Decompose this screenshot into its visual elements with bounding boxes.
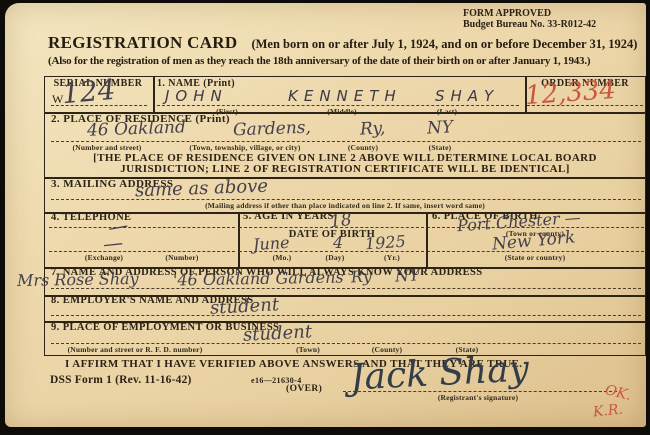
dotted-line xyxy=(427,227,644,228)
local-board-notice-line2: JURISDICTION; LINE 2 OF REGISTRATION CER… xyxy=(120,163,570,175)
dotted-line xyxy=(51,343,641,344)
dotted-line xyxy=(51,141,641,142)
title-line: REGISTRATION CARD (Men born on or after … xyxy=(48,33,637,53)
residence-county-value: Ry, xyxy=(359,118,385,139)
employment-sub-county: (County) xyxy=(372,345,402,354)
dotted-line xyxy=(51,105,147,106)
signature-caption: (Registrant's signature) xyxy=(438,393,518,402)
name-first-value: JOHN xyxy=(165,87,228,105)
age-label: 5. AGE IN YEARS xyxy=(243,211,334,222)
dob-sub-month: (Mo.) xyxy=(273,253,292,262)
page-title: REGISTRATION CARD xyxy=(48,33,237,52)
dotted-line xyxy=(49,251,235,252)
dotted-line xyxy=(157,105,519,106)
contact-state-value: NY xyxy=(395,265,421,285)
budget-bureau-number: Budget Bureau No. 33-R012-42 xyxy=(463,19,596,30)
dotted-line xyxy=(239,251,424,252)
residence-sub-state: (State) xyxy=(429,143,452,152)
employment-sub-town: (Town) xyxy=(296,345,320,354)
date-of-birth-label: DATE OF BIRTH xyxy=(289,229,376,240)
document-scan: FORM APPROVED Budget Bureau No. 33-R012-… xyxy=(0,0,650,435)
residence-state-value: NY xyxy=(426,117,453,138)
dob-sub-day: (Day) xyxy=(326,253,345,262)
form-id: DSS Form 1 (Rev. 11-16-42) xyxy=(50,374,192,386)
residence-sub-street: (Number and street) xyxy=(73,143,142,152)
name-last-value: SHAY xyxy=(435,87,499,105)
budget-approval-block: FORM APPROVED Budget Bureau No. 33-R012-… xyxy=(463,8,596,30)
dotted-line xyxy=(51,199,641,200)
registration-card: FORM APPROVED Budget Bureau No. 33-R012-… xyxy=(5,3,646,427)
contact-name-value: Mrs Rose Shay xyxy=(17,269,139,290)
residence-sub-town: (Town, township, village, or city) xyxy=(189,143,300,152)
title-eligibility-note: (Men born on or after July 1, 1924, and … xyxy=(251,37,637,51)
title-subtitle: (Also for the registration of men as the… xyxy=(48,55,590,67)
dotted-line xyxy=(427,251,644,252)
over-note: (OVER) xyxy=(286,384,322,394)
name-middle-value: KENNETH xyxy=(288,87,402,105)
form-approved-text: FORM APPROVED xyxy=(463,8,596,19)
dotted-line xyxy=(49,227,235,228)
clerk-ok-annotation: OK. xyxy=(603,382,632,404)
column-divider xyxy=(153,77,155,112)
name-sub-last: (Last) xyxy=(437,107,457,116)
dotted-line xyxy=(51,315,641,316)
dotted-line xyxy=(51,288,641,289)
mailing-address-sub: (Mailing address if other than place ind… xyxy=(205,201,485,210)
name-sub-middle: (Middle) xyxy=(327,107,357,116)
telephone-sub-number: (Number) xyxy=(165,253,198,262)
residence-sub-county: (County) xyxy=(348,143,378,152)
employment-sub-street: (Number and street or R. F. D. number) xyxy=(68,345,203,354)
column-divider xyxy=(426,212,428,267)
dob-sub-year: (Yr.) xyxy=(384,253,400,262)
contact-county-value: Ry xyxy=(351,266,373,286)
contact-address-value: '46 Oakland Gardens xyxy=(173,268,344,290)
signature-line xyxy=(343,391,617,392)
residence-town-value: Gardens, xyxy=(233,118,312,141)
dotted-line xyxy=(239,227,424,228)
telephone-sub-exchange: (Exchange) xyxy=(85,253,123,262)
clerk-initials-annotation: K.R. xyxy=(592,401,623,420)
birthplace-sub-state: (State or country) xyxy=(505,253,566,262)
column-divider xyxy=(238,212,240,267)
residence-street-value: 46 Oakland xyxy=(87,117,186,140)
birth-day-value: 4 xyxy=(333,233,343,252)
dotted-line xyxy=(527,105,643,106)
